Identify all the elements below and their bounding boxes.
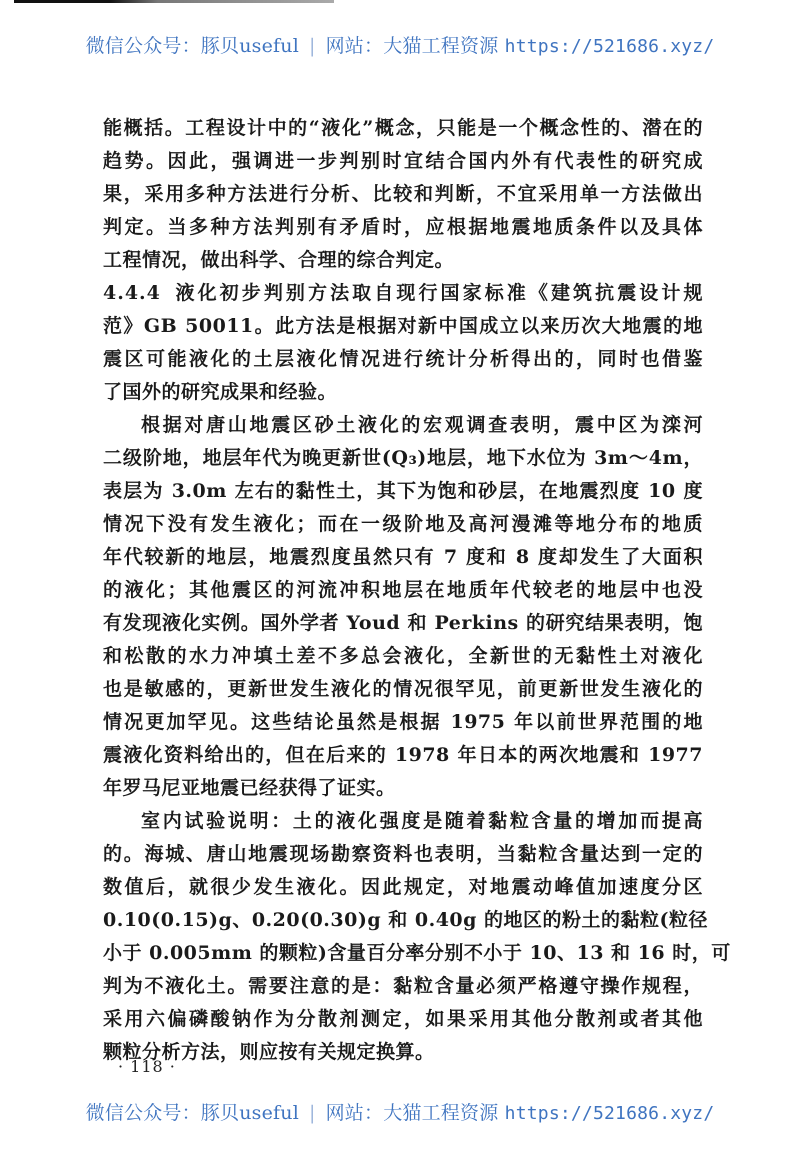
text-line: 液化初步判别方法取自现行国家标准《建筑抗震设计规 — [173, 282, 703, 304]
page-number: · 118 · — [118, 1057, 176, 1076]
text-line: 果，采用多种方法进行分析、比较和判断，不宜采用单一方法做出 — [103, 178, 703, 211]
text-line: 的液化；其他震区的河流冲积地层在地质年代较老的地层中也没 — [103, 574, 703, 607]
section-4-4-4: 4.4.4液化初步判别方法取自现行国家标准《建筑抗震设计规 范》GB 50011… — [103, 277, 703, 409]
text-line: 数值后，就很少发生液化。因此规定，对地震动峰值加速度分区 — [103, 871, 703, 904]
watermark-url-link[interactable]: https://521686.xyz/ — [505, 1103, 715, 1124]
text-line: 震区可能液化的土层液化情况进行统计分析得出的，同时也借鉴 — [103, 343, 703, 376]
text-line: 情况更加罕见。这些结论虽然是根据 1975 年以前世界范围的地 — [103, 706, 703, 739]
paragraph-continuation: 能概括。工程设计中的“液化”概念，只能是一个概念性的、潜在的 趋势。因此，强调进… — [103, 112, 703, 277]
scan-top-edge-rule — [14, 0, 334, 3]
watermark-wechat-label: 微信公众号：豚贝useful — [86, 1102, 299, 1124]
paragraph-tangshan-survey: 根据对唐山地震区砂土液化的宏观调查表明，震中区为滦河 二级阶地，地层年代为晚更新… — [103, 409, 703, 805]
watermark-url-link[interactable]: https://521686.xyz/ — [505, 36, 715, 57]
text-line: 年代较新的地层，地震烈度虽然只有 7 度和 8 度却发生了大面积 — [103, 541, 703, 574]
watermark-separator: | — [309, 35, 316, 57]
text-line: 的。海城、唐山地震现场勘察资料也表明，当黏粒含量达到一定的 — [103, 838, 703, 871]
text-line: 室内试验说明：土的液化强度是随着黏粒含量的增加而提高 — [103, 805, 703, 838]
text-line: 有发现液化实例。国外学者 Youd 和 Perkins 的研究结果表明，饱 — [103, 607, 703, 640]
text-line: 能概括。工程设计中的“液化”概念，只能是一个概念性的、潜在的 — [103, 112, 703, 145]
document-page: 能概括。工程设计中的“液化”概念，只能是一个概念性的、潜在的 趋势。因此，强调进… — [103, 112, 703, 1069]
watermark-footer: 微信公众号：豚贝useful|网站：大猫工程资源 https://521686.… — [0, 1098, 800, 1125]
text-line: 趋势。因此，强调进一步判别时宜结合国内外有代表性的研究成 — [103, 145, 703, 178]
paragraph-lab-tests: 室内试验说明：土的液化强度是随着黏粒含量的增加而提高 的。海城、唐山地震现场勘察… — [103, 805, 703, 1069]
watermark-wechat-label: 微信公众号：豚贝useful — [86, 35, 299, 57]
text-line: 了国外的研究成果和经验。 — [103, 376, 703, 409]
watermark-header: 微信公众号：豚贝useful|网站：大猫工程资源 https://521686.… — [0, 31, 800, 58]
text-line: 工程情况，做出科学、合理的综合判定。 — [103, 244, 703, 277]
watermark-site-label: 网站：大猫工程资源 — [326, 1102, 499, 1124]
text-line: 年罗马尼亚地震已经获得了证实。 — [103, 772, 703, 805]
text-line: 小于 0.005mm 的颗粒)含量百分率分别不小于 10、13 和 16 时，可 — [103, 937, 703, 970]
text-line: 采用六偏磷酸钠作为分散剂测定，如果采用其他分散剂或者其他 — [103, 1003, 703, 1036]
watermark-site-label: 网站：大猫工程资源 — [326, 35, 499, 57]
text-line: 情况下没有发生液化；而在一级阶地及高河漫滩等地分布的地质 — [103, 508, 703, 541]
text-line: 范》GB 50011。此方法是根据对新中国成立以来历次大地震的地 — [103, 310, 703, 343]
watermark-separator: | — [309, 1102, 316, 1124]
text-line: 0.10(0.15)g、0.20(0.30)g 和 0.40g 的地区的粉土的黏… — [103, 904, 703, 937]
section-heading-line: 4.4.4液化初步判别方法取自现行国家标准《建筑抗震设计规 — [103, 277, 703, 310]
text-line: 颗粒分析方法，则应按有关规定换算。 — [103, 1036, 703, 1069]
text-line: 表层为 3.0m 左右的黏性土，其下为饱和砂层，在地震烈度 10 度 — [103, 475, 703, 508]
text-line: 二级阶地，地层年代为晚更新世(Q₃)地层，地下水位为 3m～4m， — [103, 442, 703, 475]
text-line: 也是敏感的，更新世发生液化的情况很罕见，前更新世发生液化的 — [103, 673, 703, 706]
text-line: 根据对唐山地震区砂土液化的宏观调查表明，震中区为滦河 — [103, 409, 703, 442]
text-line: 和松散的水力冲填土差不多总会液化，全新世的无黏性土对液化 — [103, 640, 703, 673]
section-number: 4.4.4 — [103, 282, 161, 304]
text-line: 震液化资料给出的，但在后来的 1978 年日本的两次地震和 1977 — [103, 739, 703, 772]
text-line: 判为不液化土。需要注意的是：黏粒含量必须严格遵守操作规程， — [103, 970, 703, 1003]
text-line: 判定。当多种方法判别有矛盾时，应根据地震地质条件以及具体 — [103, 211, 703, 244]
